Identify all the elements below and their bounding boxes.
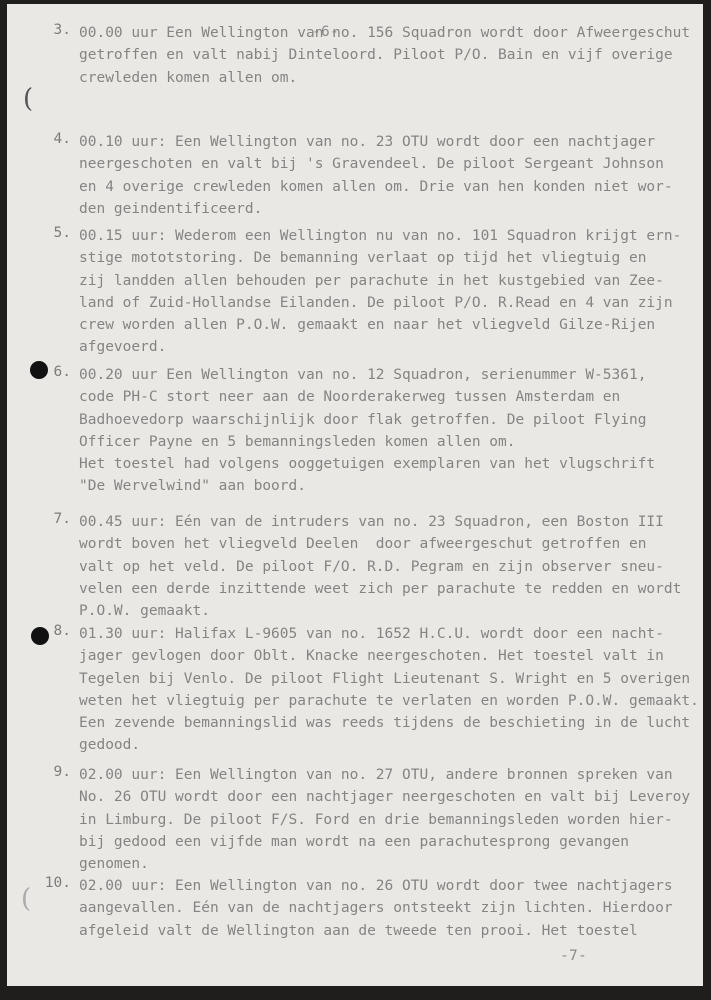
page-number-bottom: -7- (560, 948, 587, 964)
entry-text: 00.10 uur: Een Wellington van no. 23 OTU… (79, 131, 699, 220)
text-line: 00.00 uur Een Wellington van no. 156 Squ… (79, 22, 699, 44)
entry-number: 8. (7, 623, 71, 639)
text-line: neergeschoten en valt bij 's Gravendeel.… (79, 153, 699, 175)
text-line: Het toestel had volgens ooggetuigen exem… (79, 453, 699, 475)
text-line: crew worden allen P.O.W. gemaakt en naar… (79, 314, 699, 336)
text-line: P.O.W. gemaakt. (79, 600, 699, 622)
entry-text: 01.30 uur: Halifax L-9605 van no. 1652 H… (79, 623, 699, 757)
text-line: 00.10 uur: Een Wellington van no. 23 OTU… (79, 131, 699, 153)
entry-text: 00.15 uur: Wederom een Wellington nu van… (79, 225, 699, 359)
text-line: crewleden komen allen om. (79, 67, 699, 89)
text-line: en 4 overige crewleden komen allen om. D… (79, 176, 699, 198)
entry-number: 4. (7, 131, 71, 147)
text-line: stige mototstoring. De bemanning verlaat… (79, 247, 699, 269)
entry-number: 3. (7, 22, 71, 38)
text-line: 02.00 uur: Een Wellington van no. 26 OTU… (79, 875, 699, 897)
text-line: aangevallen. Eén van de nachtjagers onts… (79, 897, 699, 919)
text-line: weten het vliegtuig per parachute te ver… (79, 690, 699, 712)
text-line: code PH-C stort neer aan de Noorderakerw… (79, 386, 699, 408)
entry-text: 02.00 uur: Een Wellington van no. 26 OTU… (79, 875, 699, 942)
entry-number: 7. (7, 511, 71, 527)
entry-number: 5. (7, 225, 71, 241)
text-line: zij landden allen behouden per parachute… (79, 270, 699, 292)
text-line: gedood. (79, 734, 699, 756)
text-line: "De Wervelwind" aan boord. (79, 475, 699, 497)
text-line: bij gedood een vijfde man wordt na een p… (79, 831, 699, 853)
text-line: land of Zuid-Hollandse Eilanden. De pilo… (79, 292, 699, 314)
document-page: -6- ( ( 3.00.00 uur Een Wellington van n… (7, 4, 703, 986)
entry-text: 00.20 uur Een Wellington van no. 12 Squa… (79, 364, 699, 498)
text-line: 00.20 uur Een Wellington van no. 12 Squa… (79, 364, 699, 386)
text-line: 00.15 uur: Wederom een Wellington nu van… (79, 225, 699, 247)
text-line: Een zevende bemanningslid was reeds tijd… (79, 712, 699, 734)
text-line: 02.00 uur: Een Wellington van no. 27 OTU… (79, 764, 699, 786)
entry-text: 02.00 uur: Een Wellington van no. 27 OTU… (79, 764, 699, 875)
text-line: No. 26 OTU wordt door een nachtjager nee… (79, 786, 699, 808)
text-line: afgeleid valt de Wellington aan de tweed… (79, 920, 699, 942)
text-line: in Limburg. De piloot F/S. Ford en drie … (79, 809, 699, 831)
entry-number: 10. (7, 875, 71, 891)
text-line: 00.45 uur: Eén van de intruders van no. … (79, 511, 699, 533)
entry-number: 9. (7, 764, 71, 780)
text-line: afgevoerd. (79, 336, 699, 358)
text-line: Officer Payne en 5 bemanningsleden komen… (79, 431, 699, 453)
text-line: 01.30 uur: Halifax L-9605 van no. 1652 H… (79, 623, 699, 645)
text-line: genomen. (79, 853, 699, 875)
text-line: getroffen en valt nabij Dinteloord. Pilo… (79, 44, 699, 66)
text-line: wordt boven het vliegveld Deelen door af… (79, 533, 699, 555)
margin-bracket-mark: ( (23, 84, 33, 114)
text-line: valt op het veld. De piloot F/O. R.D. Pe… (79, 556, 699, 578)
text-line: Tegelen bij Venlo. De piloot Flight Lieu… (79, 668, 699, 690)
text-line: jager gevlogen door Oblt. Knacke neerges… (79, 645, 699, 667)
entry-text: 00.45 uur: Eén van de intruders van no. … (79, 511, 699, 622)
entry-number: 6. (7, 364, 71, 380)
text-line: Badhoevedorp waarschijnlijk door flak ge… (79, 409, 699, 431)
text-line: velen een derde inzittende weet zich per… (79, 578, 699, 600)
entry-text: 00.00 uur Een Wellington van no. 156 Squ… (79, 22, 699, 89)
text-line: den geindentificeerd. (79, 198, 699, 220)
